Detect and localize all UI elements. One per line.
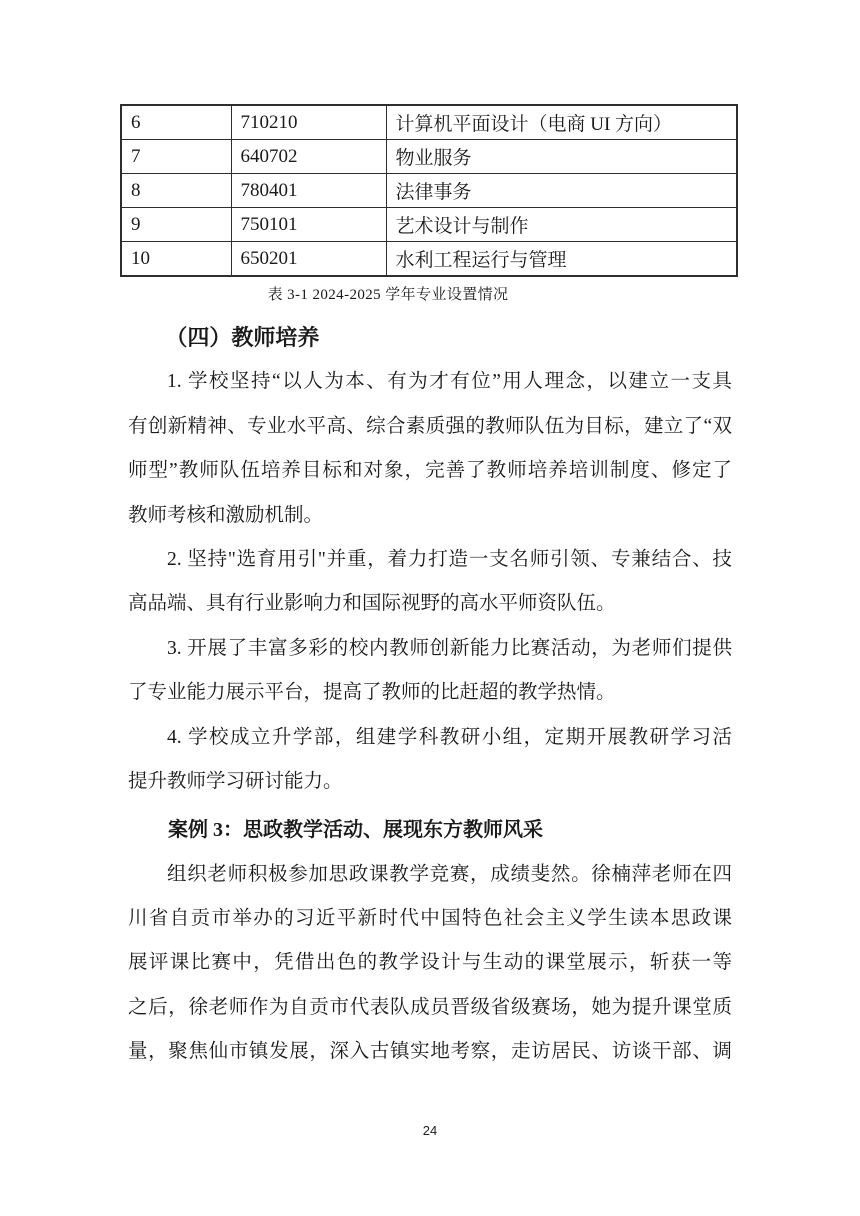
paragraph-line: 组织老师积极参加思政课教学竞赛，成绩斐然。徐楠萍老师在四	[128, 853, 732, 897]
section-heading: （四）教师培养	[128, 316, 732, 360]
major-name-cell: 物业服务	[386, 140, 737, 174]
paragraph-line: 师型”教师队伍培养目标和对象，完善了教师培养培训制度、修定了	[128, 449, 732, 493]
paragraph-line: 3. 开展了丰富多彩的校内教师创新能力比赛活动，为老师们提供	[128, 627, 732, 671]
table-row: 9 750101 艺术设计与制作	[121, 208, 737, 242]
row-index-cell: 10	[121, 242, 231, 277]
document-page: 6 710210 计算机平面设计（电商 UI 方向） 7 640702 物业服务…	[0, 0, 860, 1216]
major-name-cell: 艺术设计与制作	[386, 208, 737, 242]
table-row: 6 710210 计算机平面设计（电商 UI 方向）	[121, 105, 737, 140]
table-row: 7 640702 物业服务	[121, 140, 737, 174]
table-row: 8 780401 法律事务	[121, 174, 737, 208]
paragraph-line: 之后，徐老师作为自贡市代表队成员晋级省级赛场，她为提升课堂质	[128, 986, 732, 1030]
major-code-cell: 640702	[231, 140, 386, 174]
major-name-cell: 计算机平面设计（电商 UI 方向）	[386, 105, 737, 140]
paragraph-line: 提升教师学习研讨能力。	[128, 760, 732, 804]
paragraph-line: 了专业能力展示平台，提高了教师的比赶超的教学热情。	[128, 671, 732, 715]
page-number: 24	[0, 1123, 860, 1138]
major-code-cell: 750101	[231, 208, 386, 242]
majors-table: 6 710210 计算机平面设计（电商 UI 方向） 7 640702 物业服务…	[120, 104, 738, 277]
paragraph-line: 量，聚焦仙市镇发展，深入古镇实地考察，走访居民、访谈干部、调	[128, 1030, 732, 1074]
major-code-cell: 710210	[231, 105, 386, 140]
row-index-cell: 8	[121, 174, 231, 208]
paragraph-line: 展评课比赛中，凭借出色的教学设计与生动的课堂展示，斩获一等奖。	[128, 941, 732, 985]
paragraph-line: 教师考核和激励机制。	[128, 494, 732, 538]
major-code-cell: 780401	[231, 174, 386, 208]
paragraph-line: 2. 坚持"选育用引"并重，着力打造一支名师引领、专兼结合、技	[128, 538, 732, 582]
paragraph-line: 1. 学校坚持“以人为本、有为才有位”用人理念，以建立一支具	[128, 360, 732, 404]
body-text: （四）教师培养 1. 学校坚持“以人为本、有为才有位”用人理念，以建立一支具 有…	[128, 316, 732, 1075]
major-name-cell: 水利工程运行与管理	[386, 242, 737, 277]
case-heading: 案例 3：思政教学活动、展现东方教师风采	[128, 808, 732, 852]
major-code-cell: 650201	[231, 242, 386, 277]
paragraph-line: 有创新精神、专业水平高、综合素质强的教师队伍为目标，建立了“双	[128, 405, 732, 449]
row-index-cell: 9	[121, 208, 231, 242]
row-index-cell: 7	[121, 140, 231, 174]
paragraph-line: 川省自贡市举办的习近平新时代中国特色社会主义学生读本思政课	[128, 897, 732, 941]
paragraph-line: 4. 学校成立升学部，组建学科教研小组，定期开展教研学习活动，	[128, 716, 732, 760]
paragraph-line: 高品端、具有行业影响力和国际视野的高水平师资队伍。	[128, 582, 732, 626]
row-index-cell: 6	[121, 105, 231, 140]
table-row: 10 650201 水利工程运行与管理	[121, 242, 737, 277]
table-caption: 表 3-1 2024-2025 学年专业设置情况	[0, 283, 776, 304]
major-name-cell: 法律事务	[386, 174, 737, 208]
